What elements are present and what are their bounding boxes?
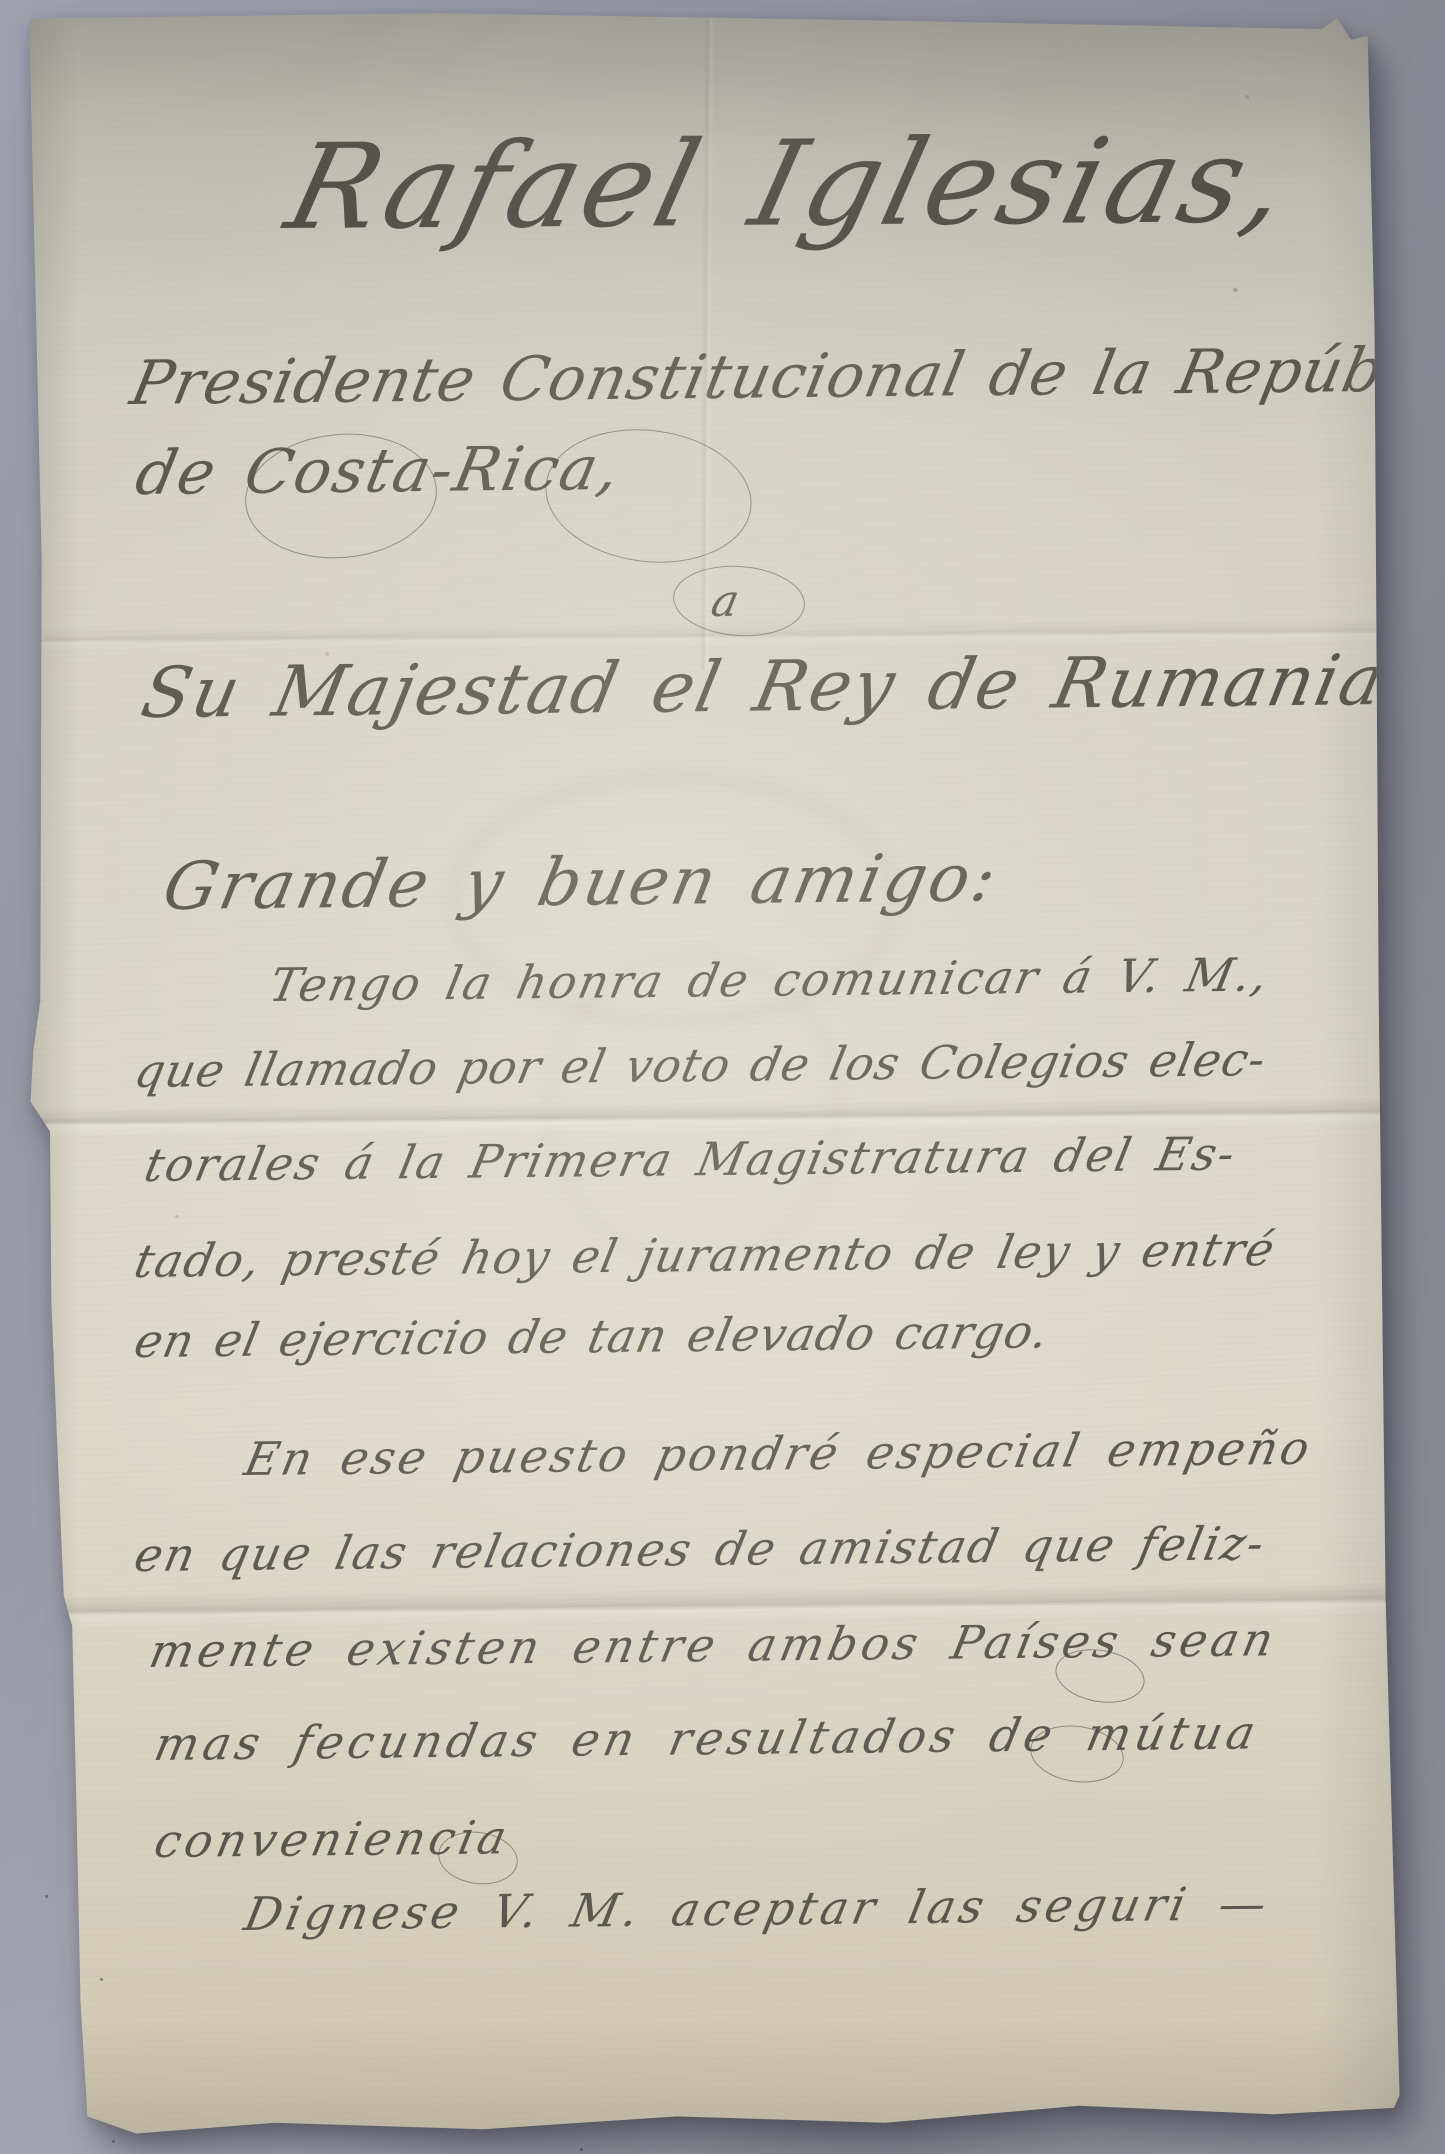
dust-speck xyxy=(112,2140,115,2143)
letter-body-line-8: mente existen entre ambos Países sean xyxy=(145,1612,1282,1678)
foxing-spot xyxy=(1245,95,1249,99)
foxing-spot xyxy=(1233,288,1238,292)
dust-speck xyxy=(45,1895,48,1898)
letter-heading-name: Rafael Iglesias, xyxy=(275,111,1306,256)
letter-flourish-a: a xyxy=(707,576,744,627)
dust-speck xyxy=(580,2148,583,2151)
letter-body-line-6: En ese puesto pondré especial empeño xyxy=(240,1421,1317,1486)
letter-body-line-3: torales á la Primera Magistratura del Es… xyxy=(140,1127,1241,1192)
photo-backdrop: Rafael Iglesias, Presidente Constitucion… xyxy=(0,0,1445,2154)
letter-body-line-7: en que las relaciones de amistad que fel… xyxy=(130,1516,1271,1582)
foxing-spot xyxy=(175,1215,179,1218)
letter-body-line-5: en el ejercicio de tan elevado cargo. xyxy=(130,1304,1054,1368)
letter-paper: Rafael Iglesias, Presidente Constitucion… xyxy=(25,10,1412,2142)
letter-body-line-4: tado, presté hoy el juramento de ley y e… xyxy=(130,1222,1280,1288)
letter-body-line-11: Dignese V. M. aceptar las seguri — xyxy=(240,1876,1275,1941)
letter-salutation: Grande y buen amigo: xyxy=(157,839,1006,925)
letter-addressee: Su Majestad el Rey de Rumania. xyxy=(135,639,1417,734)
letter-title-line-2: de Costa-Rica, xyxy=(130,433,627,509)
dust-speck xyxy=(100,1978,103,1981)
letter-body-line-10: conveniencia xyxy=(150,1810,515,1868)
letter-body-line-9: mas fecundas en resultados de mútua xyxy=(150,1705,1264,1771)
letter-body-line-1: Tengo la honra de comunicar á V. M., xyxy=(265,948,1274,1012)
letter-title-line-1: Presidente Constitucional de la Repúblic… xyxy=(125,334,1445,419)
pen-flourish-oval-a xyxy=(671,561,808,640)
letter-body-line-2: que llamado por el voto de los Colegios … xyxy=(130,1032,1271,1098)
